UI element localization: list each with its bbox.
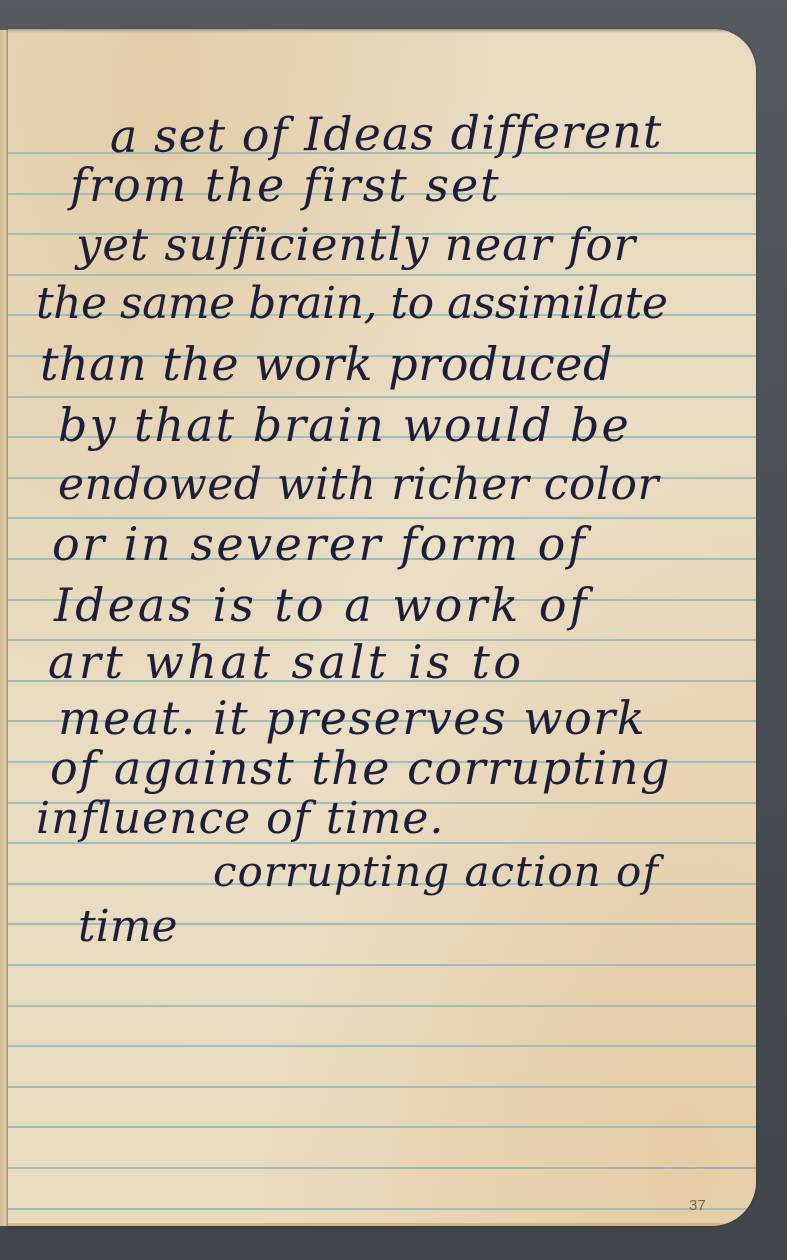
page-bottom-edge [8, 1223, 756, 1226]
handwritten-line-10: art what salt is to [48, 639, 525, 685]
handwritten-line-8: or in severer form of [52, 521, 587, 567]
ruled-line [8, 1126, 756, 1128]
ruled-line [8, 274, 756, 276]
handwritten-line-11: meat. it preserves work [58, 695, 646, 741]
handwritten-line-9: Ideas is to a work of [54, 582, 590, 628]
handwritten-line-14: corrupting action of [213, 851, 659, 893]
page-top-edge [8, 29, 756, 33]
handwritten-line-12: of against the corrupting [50, 745, 671, 791]
ruled-line [8, 1167, 756, 1169]
handwritten-line-4: the same brain, to assimilate [36, 282, 667, 326]
ruled-line [8, 964, 756, 966]
handwritten-line-5: than the work produced [40, 341, 613, 387]
page-number: 37 [689, 1197, 706, 1214]
handwritten-line-6: by that brain would be [58, 402, 631, 448]
ruled-line [8, 1208, 756, 1210]
ruled-line [8, 1045, 756, 1047]
handwritten-line-7: endowed with richer color [58, 463, 659, 507]
notebook-page: a set of Ideas different from the first … [8, 29, 756, 1226]
handwritten-line-13: influence of time. [36, 797, 444, 841]
handwritten-line-2: from the first set [70, 162, 501, 208]
handwritten-line-15: time [78, 905, 178, 949]
handwritten-line-1: a set of Ideas different [110, 108, 663, 159]
ruled-line [8, 1005, 756, 1007]
ruled-line [8, 1086, 756, 1088]
handwritten-line-3: yet sufficiently near for [76, 222, 636, 267]
